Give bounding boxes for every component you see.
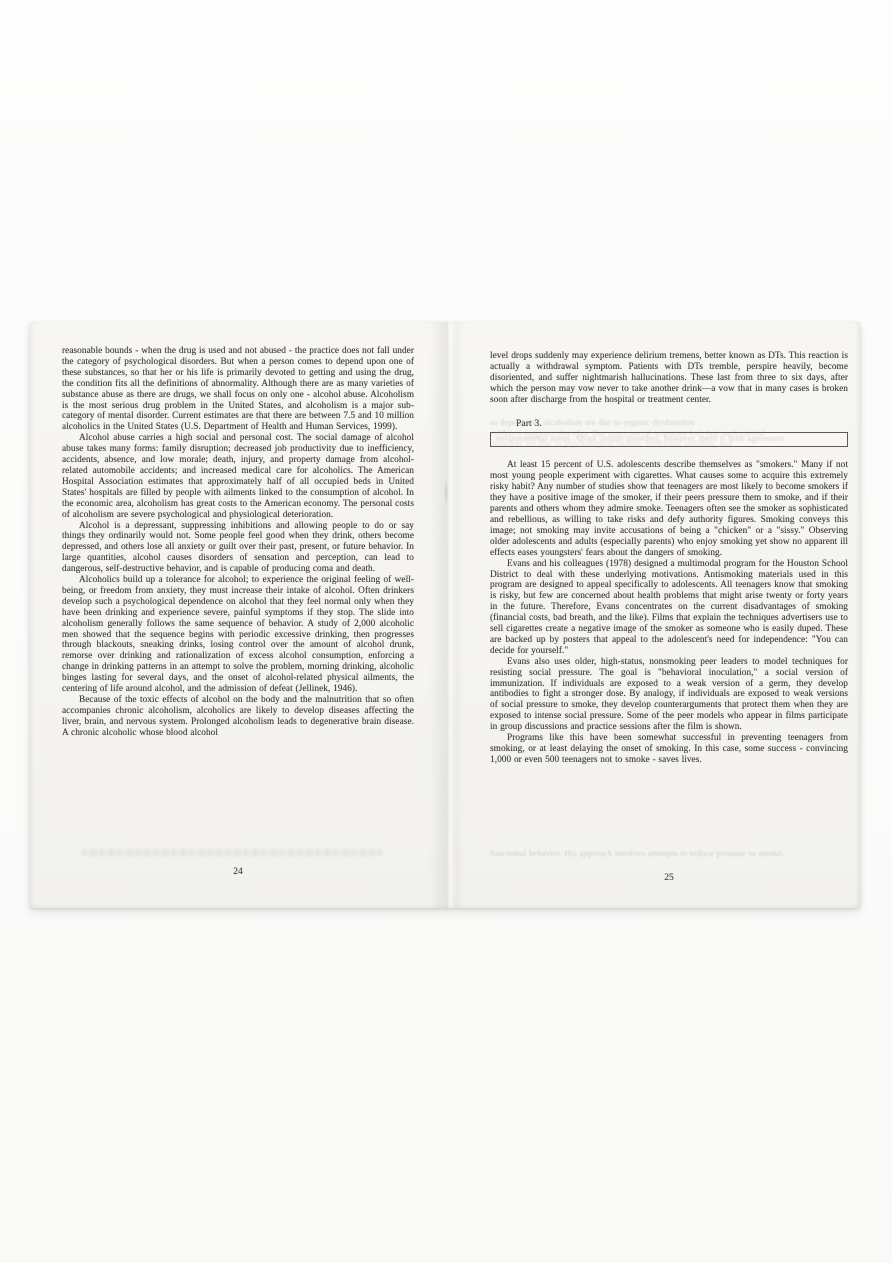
- paragraph: Evans also uses older, high-status, nons…: [490, 657, 848, 733]
- book-spread: reasonable bounds - when the drug is use…: [30, 322, 860, 908]
- section-heading: Part 3.: [490, 419, 848, 430]
- paragraph: At least 15 percent of U.S. adolescents …: [490, 460, 848, 558]
- left-page: reasonable bounds - when the drug is use…: [62, 346, 414, 894]
- page-number-right: 25: [490, 873, 848, 884]
- bleedthrough-line: functional behavior. His approach involv…: [490, 848, 848, 859]
- scan-background: reasonable bounds - when the drug is use…: [0, 0, 892, 1263]
- paragraph: Alcoholics build up a tolerance for alco…: [62, 575, 414, 695]
- paragraph: Alcohol is a depressant, suppressing inh…: [62, 521, 414, 576]
- page-number-left: 24: [62, 867, 414, 878]
- paragraph: level drops suddenly may experience deli…: [490, 351, 848, 406]
- empty-ruled-box: environmental stress. About certain diso…: [490, 432, 848, 447]
- bleedthrough-smudge: [82, 849, 382, 856]
- paragraph: Because of the toxic effects of alcohol …: [62, 695, 414, 739]
- bleedthrough-line: environmental stress. About certain diso…: [496, 433, 842, 444]
- paragraph: Programs like this have been somewhat su…: [490, 733, 848, 766]
- paragraph: Alcohol abuse carries a high social and …: [62, 433, 414, 520]
- right-page: level drops suddenly may experience deli…: [490, 351, 848, 896]
- book-gutter-shadow: [429, 322, 465, 908]
- paragraph: Evans and his colleagues (1978) designed…: [490, 559, 848, 657]
- paragraph: reasonable bounds - when the drug is use…: [62, 346, 414, 433]
- page-crease-mark: [444, 480, 448, 506]
